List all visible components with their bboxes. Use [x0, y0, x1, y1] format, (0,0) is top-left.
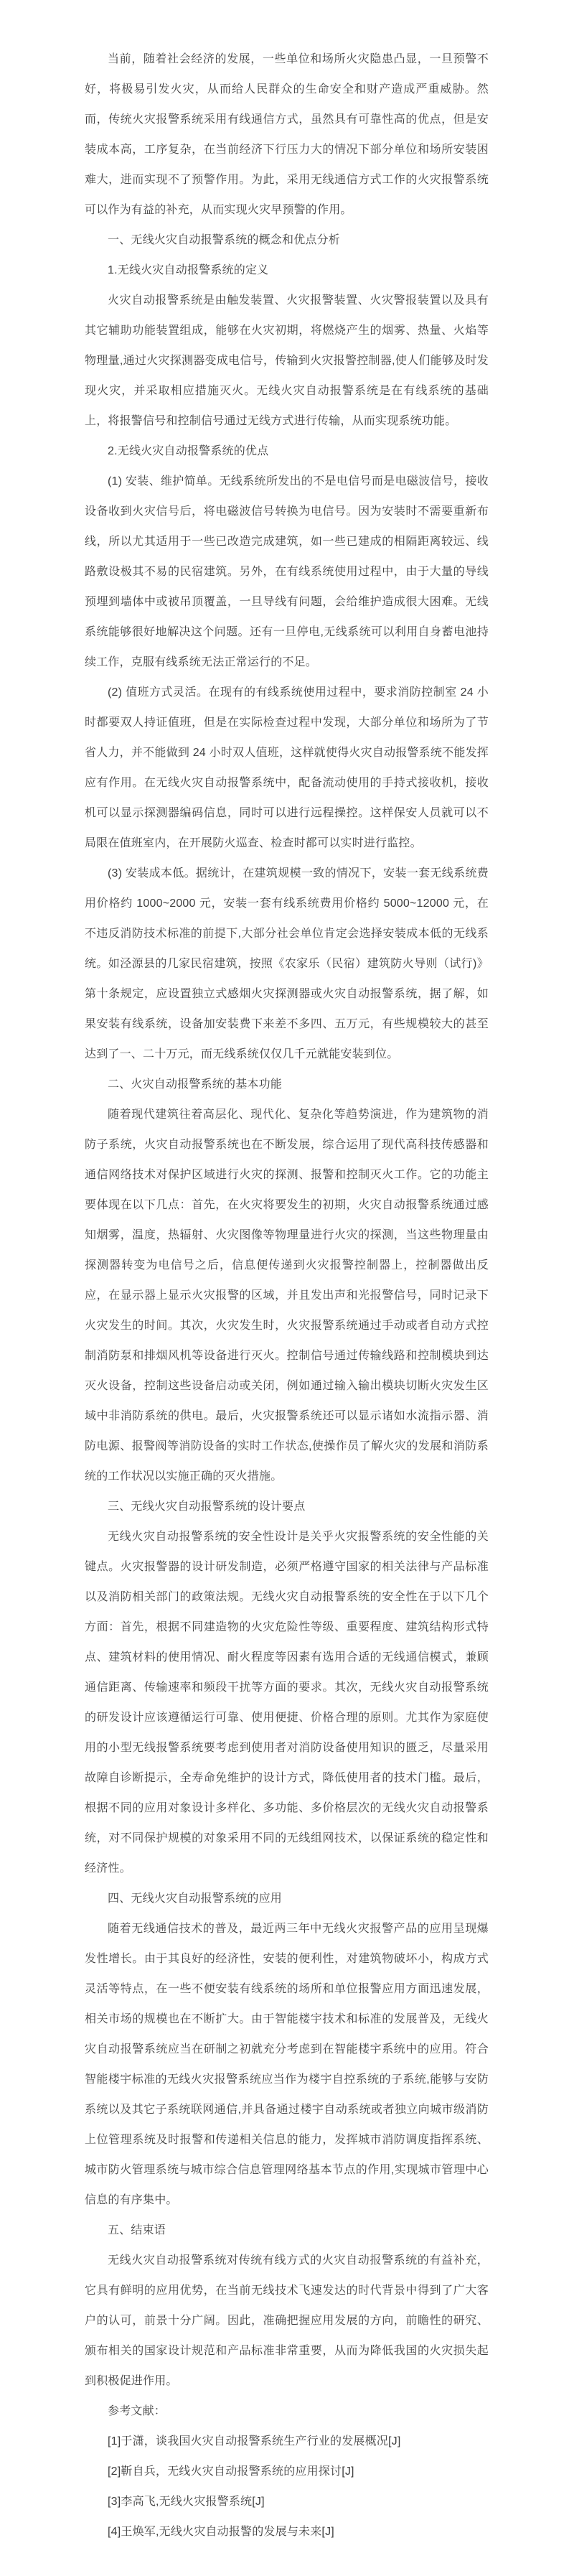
reference-item: [4]王焕军,无线火灾自动报警的发展与未来[J] — [85, 2517, 489, 2547]
document-body: 当前，随着社会经济的发展，一些单位和场所火灾隐患凸显，一旦预警不好，将极易引发火… — [85, 45, 489, 2547]
paragraph: 火灾自动报警系统是由触发装置、火灾报警装置、火灾警报装置以及具有其它辅助功能装置… — [85, 286, 489, 437]
sub-heading: 1.无线火灾自动报警系统的定义 — [85, 256, 489, 286]
paragraph: (1) 安装、维护简单。无线系统所发出的不是电信号而是电磁波信号，接收设备收到火… — [85, 467, 489, 678]
reference-item: [1]于潇，谈我国火灾自动报警系统生产行业的发展概况[J] — [85, 2427, 489, 2457]
paragraph: (2) 值班方式灵活。在现有的有线系统使用过程中，要求消防控制室 24 小时都要… — [85, 678, 489, 859]
paragraph: 随着现代建筑往着高层化、现代化、复杂化等趋势演进，作为建筑物的消防子系统，火灾自… — [85, 1100, 489, 1492]
document-page: 当前，随着社会经济的发展，一些单位和场所火灾隐患凸显，一旦预警不好，将极易引发火… — [0, 0, 569, 2576]
paragraph: (3) 安装成本低。据统计，在建筑规模一致的情况下，安装一套无线系统费用价格约 … — [85, 859, 489, 1070]
section-heading: 五、结束语 — [85, 2216, 489, 2246]
paragraph: 无线火灾自动报警系统的安全性设计是关乎火灾报警系统的安全性能的关键点。火灾报警器… — [85, 1522, 489, 1884]
sub-heading: 2.无线火灾自动报警系统的优点 — [85, 437, 489, 467]
sub-heading: 参考文献： — [85, 2397, 489, 2427]
paragraph: 随着无线通信技术的普及，最近两三年中无线火灾报警产品的应用呈现爆发性增长。由于其… — [85, 1914, 489, 2216]
section-heading: 三、无线火灾自动报警系统的设计要点 — [85, 1492, 489, 1522]
section-heading: 一、无线火灾自动报警系统的概念和优点分析 — [85, 225, 489, 256]
section-heading: 二、火灾自动报警系统的基本功能 — [85, 1070, 489, 1100]
paragraph: 无线火灾自动报警系统对传统有线方式的火灾自动报警系统的有益补充，它具有鲜明的应用… — [85, 2246, 489, 2397]
paragraph: 当前，随着社会经济的发展，一些单位和场所火灾隐患凸显，一旦预警不好，将极易引发火… — [85, 45, 489, 225]
reference-item: [3]李高飞,无线火灾报警系统[J] — [85, 2487, 489, 2517]
reference-item: [2]靳自兵，无线火灾自动报警系统的应用探讨[J] — [85, 2457, 489, 2487]
section-heading: 四、无线火灾自动报警系统的应用 — [85, 1884, 489, 1914]
